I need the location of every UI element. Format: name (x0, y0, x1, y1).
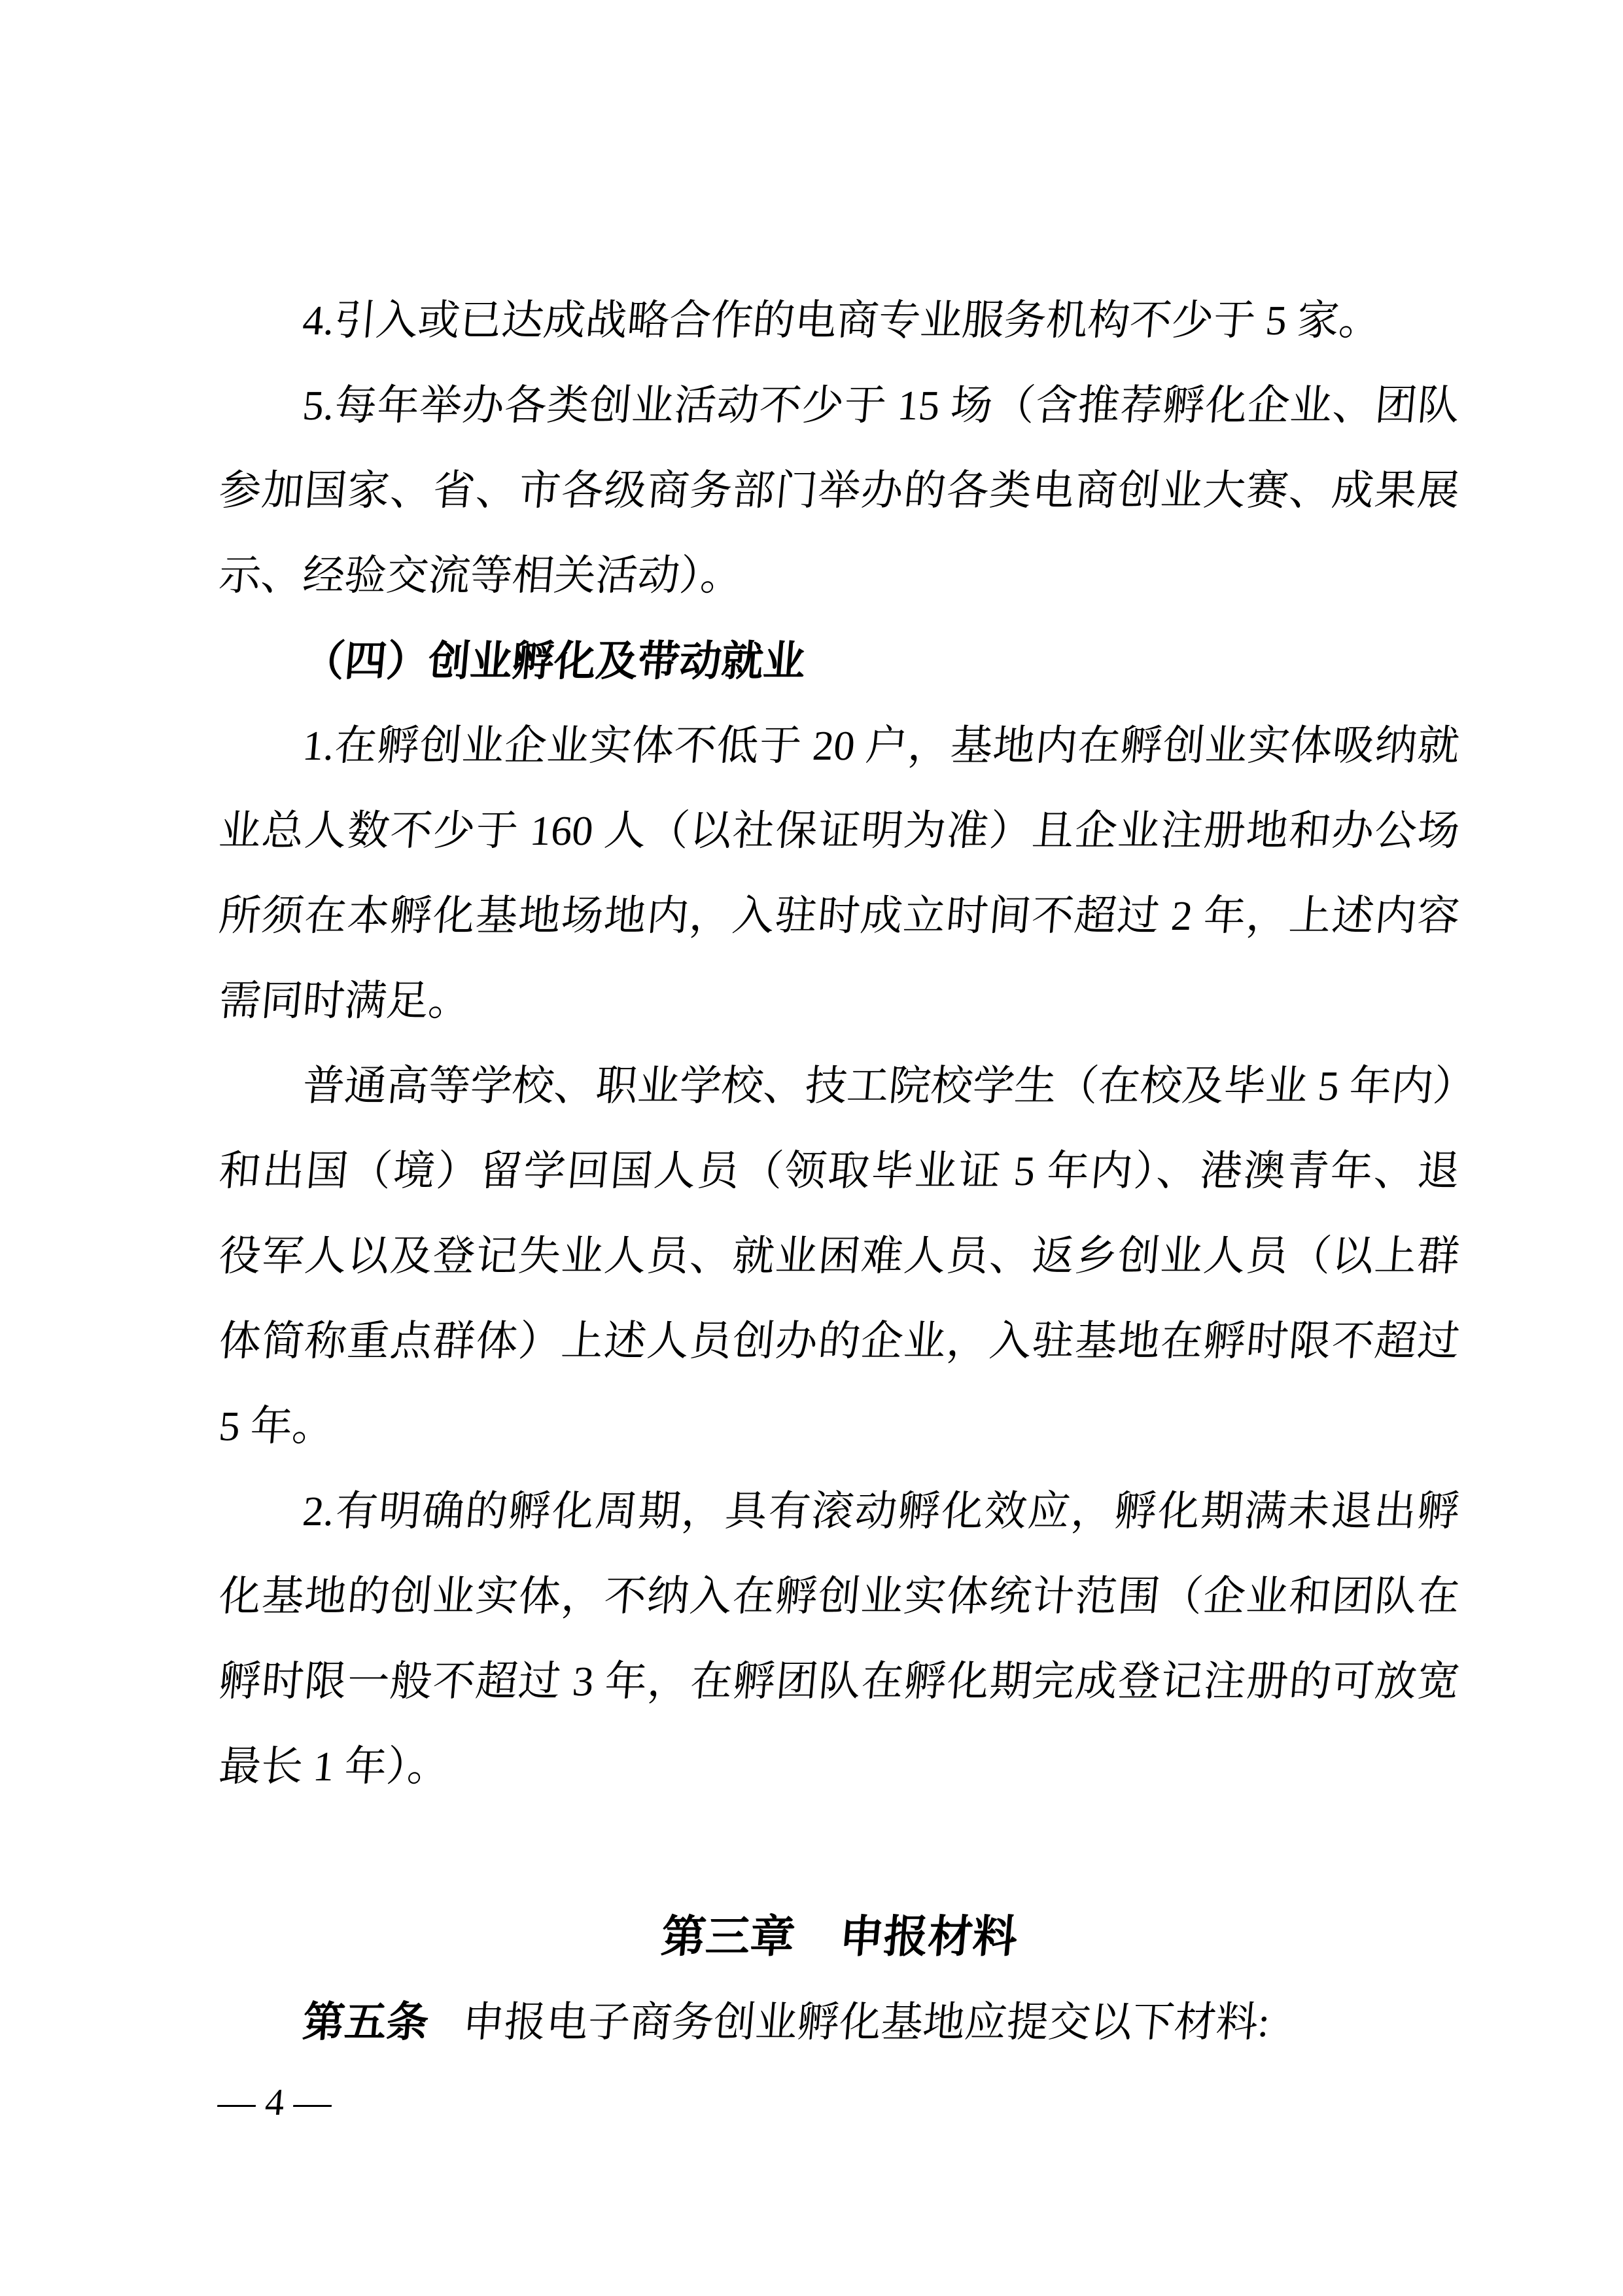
document-page: 4.引入或已达成战略合作的电商专业服务机构不少于 5 家。 5.每年举办各类创业… (0, 0, 1623, 2296)
article-line: 第五条申报电子商务创业孵化基地应提交以下材料: (215, 1979, 1463, 2064)
article-number: 第五条 (301, 1998, 430, 2045)
paragraph-line: 役军人以及登记失业人员、就业困难人员、返乡创业人员（以上群 (215, 1214, 1463, 1299)
paragraph-line: 所须在本孵化基地场地内，入驻时成立时间不超过 2 年，上述内容 (215, 874, 1463, 959)
paragraph-line: 1.在孵创业企业实体不低于 20 户，基地内在孵创业实体吸纳就 (215, 703, 1463, 788)
paragraph-line: 化基地的创业实体，不纳入在孵创业实体统计范围（企业和团队在 (215, 1554, 1463, 1639)
paragraph-line: 示、经验交流等相关活动）。 (215, 533, 1463, 618)
page-number: — 4 — (216, 2079, 334, 2125)
paragraph-line: 参加国家、省、市各级商务部门举办的各类电商创业大赛、成果展 (215, 448, 1463, 533)
paragraph-line: 孵时限一般不超过 3 年，在孵团队在孵化期完成登记注册的可放宽 (215, 1639, 1463, 1724)
paragraph-line: 最长 1 年）。 (215, 1724, 1463, 1809)
blank-line (215, 1809, 1463, 1894)
paragraph-line: 需同时满足。 (215, 959, 1463, 1044)
document-body: 4.引入或已达成战略合作的电商专业服务机构不少于 5 家。 5.每年举办各类创业… (219, 278, 1459, 2064)
article-text: 申报电子商务创业孵化基地应提交以下材料: (461, 1999, 1272, 2045)
paragraph-line: 和出国（境）留学回国人员（领取毕业证 5 年内）、港澳青年、退 (215, 1129, 1463, 1214)
paragraph-line: 普通高等学校、职业学校、技工院校学生（在校及毕业 5 年内） (215, 1044, 1463, 1129)
paragraph-line: 业总人数不少于 160 人（以社保证明为准）且企业注册地和办公场 (215, 788, 1463, 874)
section-heading: （四）创业孵化及带动就业 (215, 618, 1463, 703)
paragraph-line: 5 年。 (215, 1384, 1463, 1469)
chapter-heading: 第三章 申报材料 (215, 1894, 1463, 1979)
paragraph-line: 2.有明确的孵化周期，具有滚动孵化效应，孵化期满未退出孵 (215, 1469, 1463, 1554)
paragraph-line: 体简称重点群体）上述人员创办的企业，入驻基地在孵时限不超过 (215, 1299, 1463, 1384)
paragraph-line: 5.每年举办各类创业活动不少于 15 场（含推荐孵化企业、团队 (215, 363, 1463, 448)
paragraph-line: 4.引入或已达成战略合作的电商专业服务机构不少于 5 家。 (215, 278, 1463, 363)
